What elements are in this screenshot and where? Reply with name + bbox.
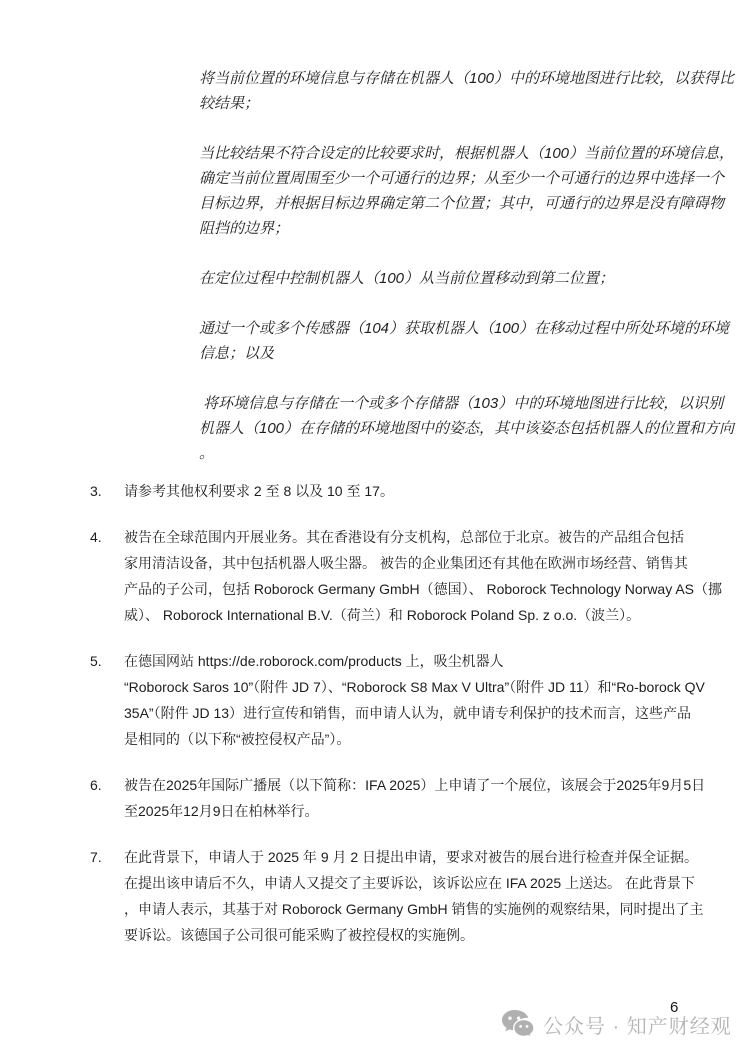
item-number: 4.: [90, 524, 124, 550]
document-page: 将当前位置的环境信息与存储在机器人（100）中的环境地图进行比较，以获得比 较结…: [0, 0, 750, 1060]
claim-paragraph: 在定位过程中控制机器人（100）从当前位置移动到第二位置；: [199, 266, 704, 291]
item-text: 被告在2025年国际广播展（以下简称：IFA 2025）上申请了一个展位，该展会…: [124, 772, 705, 824]
numbered-items: 3. 请参考其他权利要求 2 至 8 以及 10 至 17。 4. 被告在全球范…: [90, 478, 710, 948]
list-item: 5. 在德国网站 https://de.roborock.com/product…: [90, 648, 710, 752]
claim-quote-block: 将当前位置的环境信息与存储在机器人（100）中的环境地图进行比较，以获得比 较结…: [199, 66, 704, 466]
item-number: 3.: [90, 478, 124, 504]
list-item: 3. 请参考其他权利要求 2 至 8 以及 10 至 17。: [90, 478, 710, 504]
list-item: 7. 在此背景下，申请人于 2025 年 9 月 2 日提出申请，要求对被告的展…: [90, 844, 710, 948]
item-number: 5.: [90, 648, 124, 674]
list-item: 6. 被告在2025年国际广播展（以下简称：IFA 2025）上申请了一个展位，…: [90, 772, 710, 824]
item-text: 被告在全球范围内开展业务。其在香港设有分支机构，总部位于北京。被告的产品组合包括…: [124, 524, 722, 628]
list-item: 4. 被告在全球范围内开展业务。其在香港设有分支机构，总部位于北京。被告的产品组…: [90, 524, 710, 628]
watermark: 公众号 · 知产财经观: [501, 1009, 732, 1039]
item-number: 7.: [90, 844, 124, 870]
claim-paragraph: 通过一个或多个传感器（104）获取机器人（100）在移动过程中所处环境的环境 信…: [199, 316, 704, 366]
item-number: 6.: [90, 772, 124, 798]
item-text: 在此背景下，申请人于 2025 年 9 月 2 日提出申请，要求对被告的展台进行…: [124, 844, 704, 948]
claim-paragraph: 当比较结果不符合设定的比较要求时，根据机器人（100）当前位置的环境信息， 确定…: [199, 141, 704, 241]
claim-paragraph: 将当前位置的环境信息与存储在机器人（100）中的环境地图进行比较，以获得比 较结…: [199, 66, 704, 116]
wechat-icon: [501, 1009, 535, 1039]
item-text: 在德国网站 https://de.roborock.com/products 上…: [124, 648, 705, 752]
watermark-text: 公众号 · 知产财经观: [543, 1010, 732, 1039]
claim-paragraph: 将环境信息与存储在一个或多个存储器（103）中的环境地图进行比较，以识别 机器人…: [199, 391, 704, 466]
item-text: 请参考其他权利要求 2 至 8 以及 10 至 17。: [124, 478, 394, 504]
